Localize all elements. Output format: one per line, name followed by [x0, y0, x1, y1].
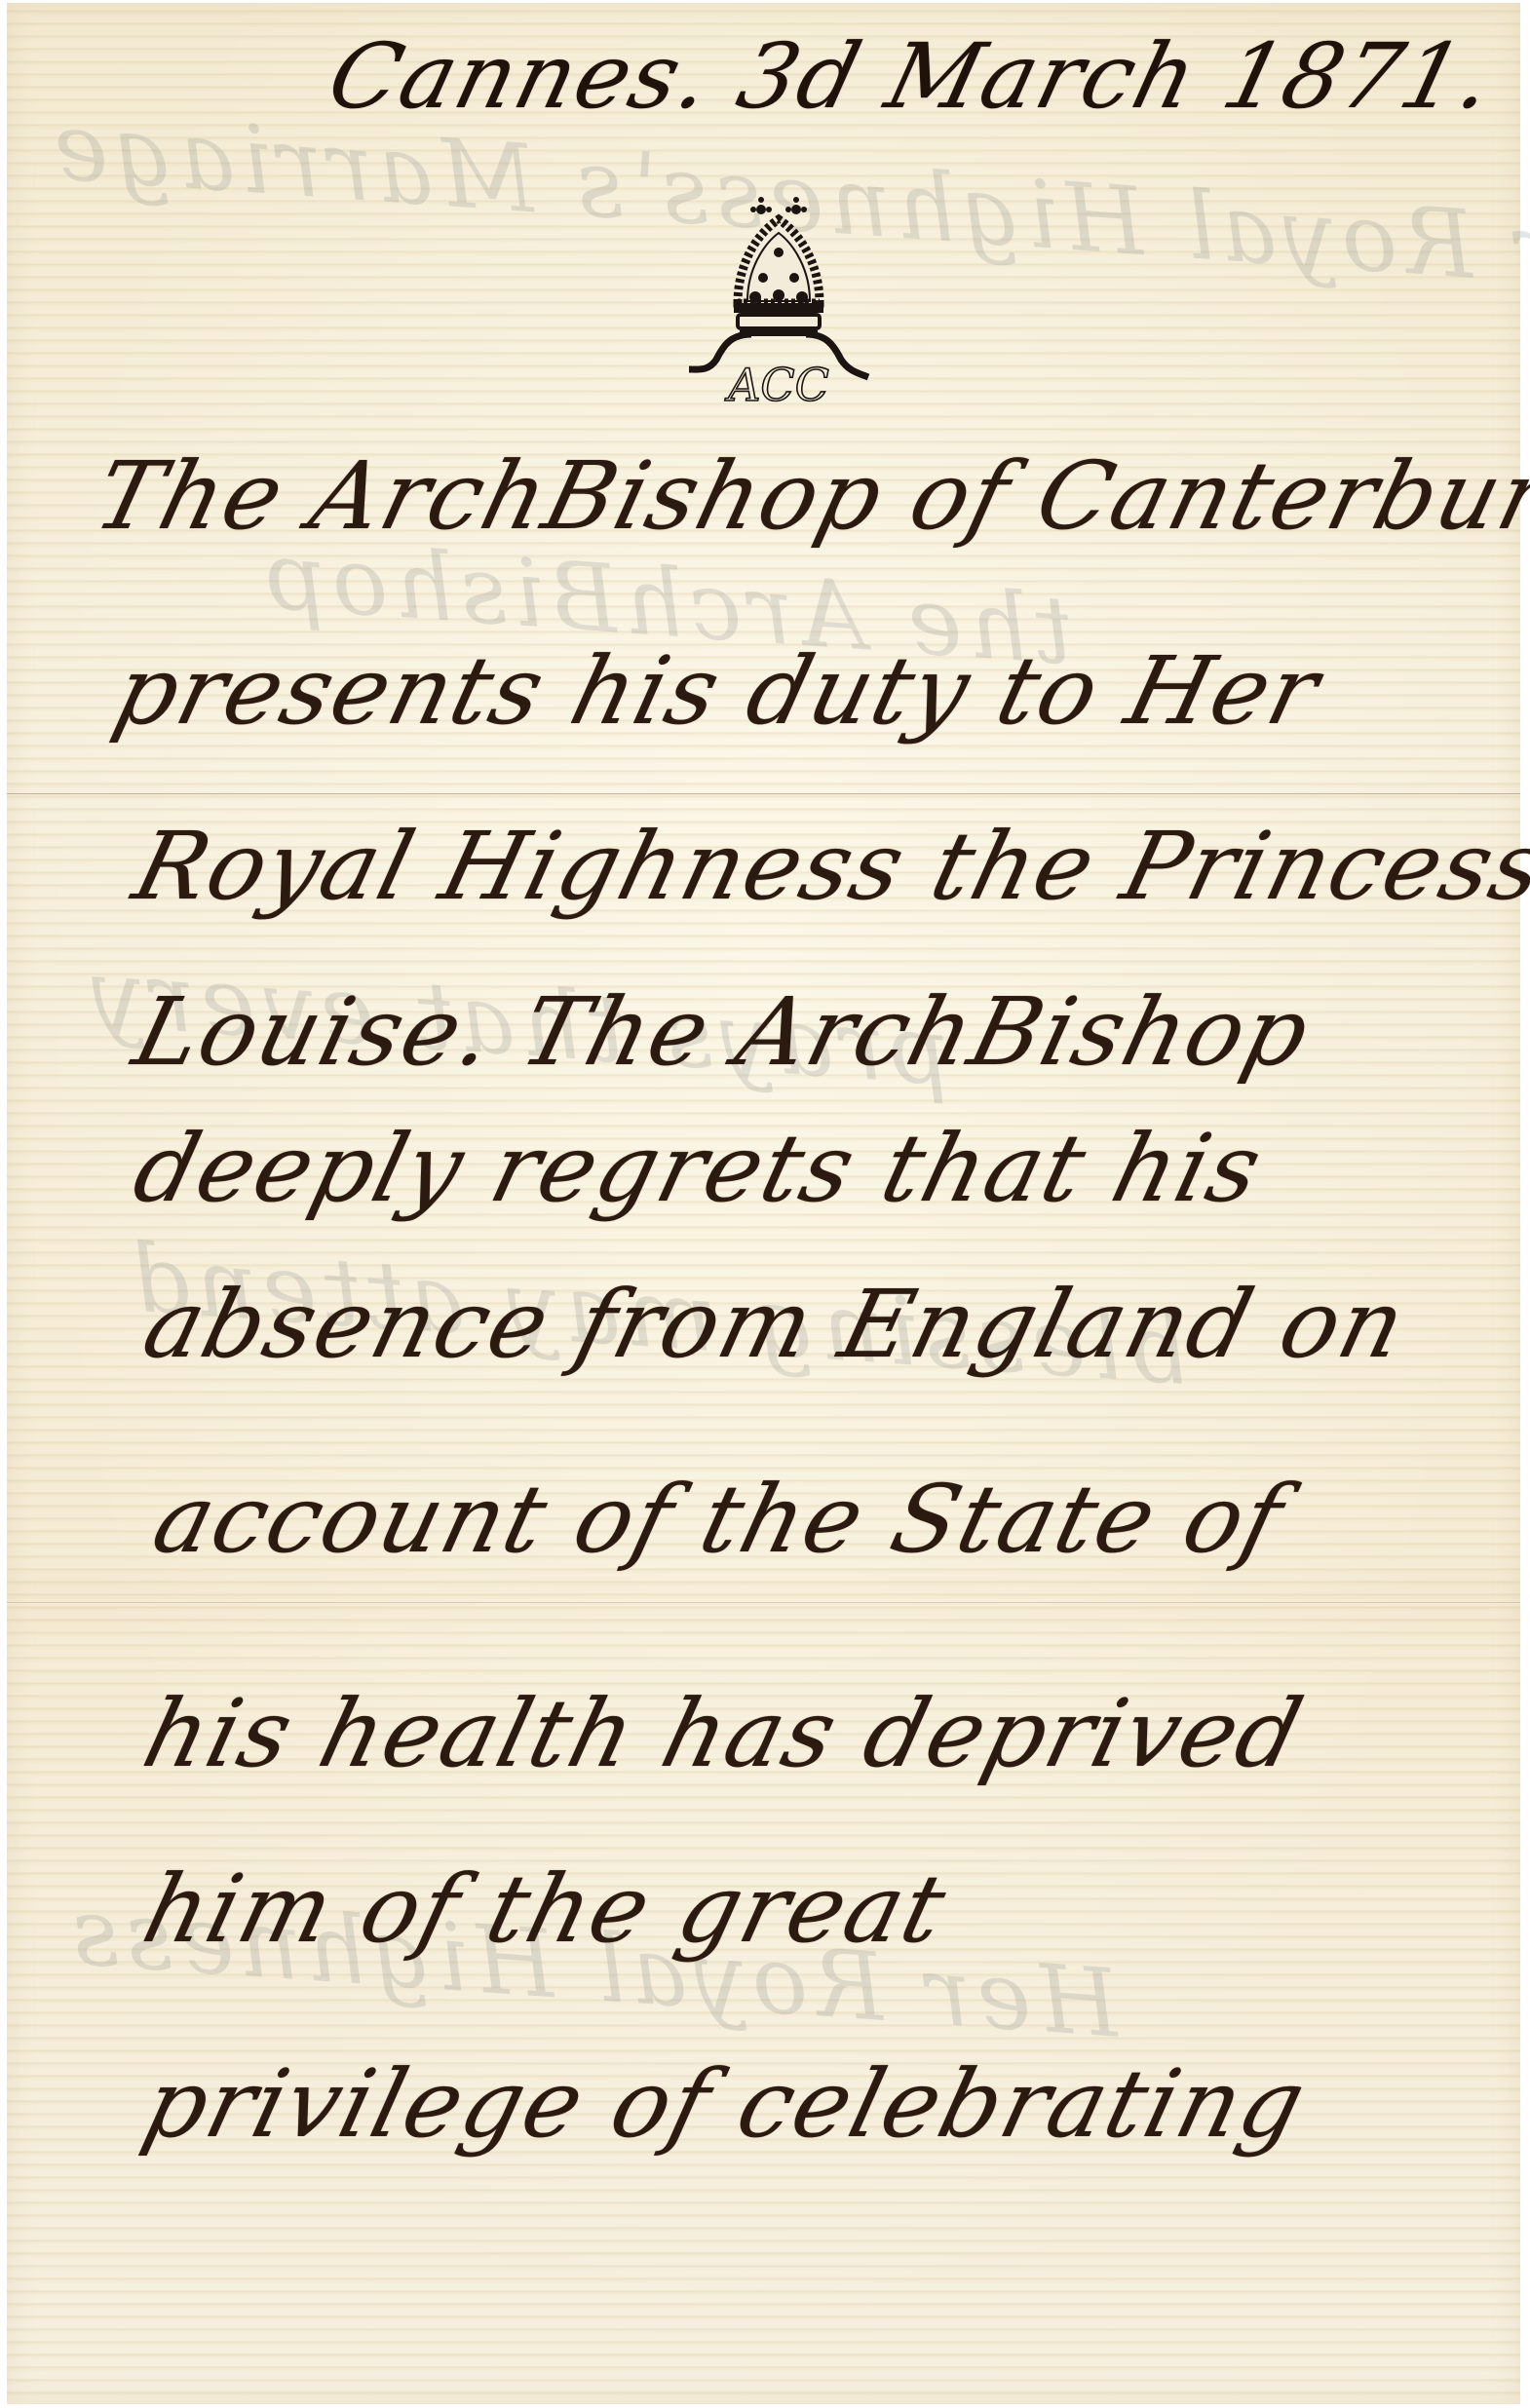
- letter-line: account of the State of: [143, 1465, 1295, 1574]
- letter-line: Royal Highness the Princess: [124, 812, 1530, 921]
- fold-crease: [7, 1602, 1520, 1605]
- letter-line: absence from England on: [134, 1270, 1417, 1379]
- letter-line: presents his duty to Her: [104, 636, 1331, 745]
- monogram: ACC: [724, 359, 829, 411]
- mitre-icon: ACC: [677, 188, 882, 412]
- letter-paper: Her Royal Highness's Marriage the ArchBi…: [7, 3, 1520, 2404]
- dateline: Cannes. 3d March 1871.: [319, 24, 1506, 129]
- letter-line: his health has deprived: [134, 1679, 1314, 1788]
- letter-line: deeply regrets that his: [124, 1114, 1274, 1223]
- letter-line: The ArchBishop of Canterbury: [85, 441, 1530, 551]
- letter-line: him of the great: [134, 1854, 958, 1964]
- letter-line: privilege of celebrating: [134, 2049, 1317, 2159]
- letter-line: Louise. The ArchBishop: [124, 977, 1321, 1087]
- fold-crease: [7, 793, 1520, 796]
